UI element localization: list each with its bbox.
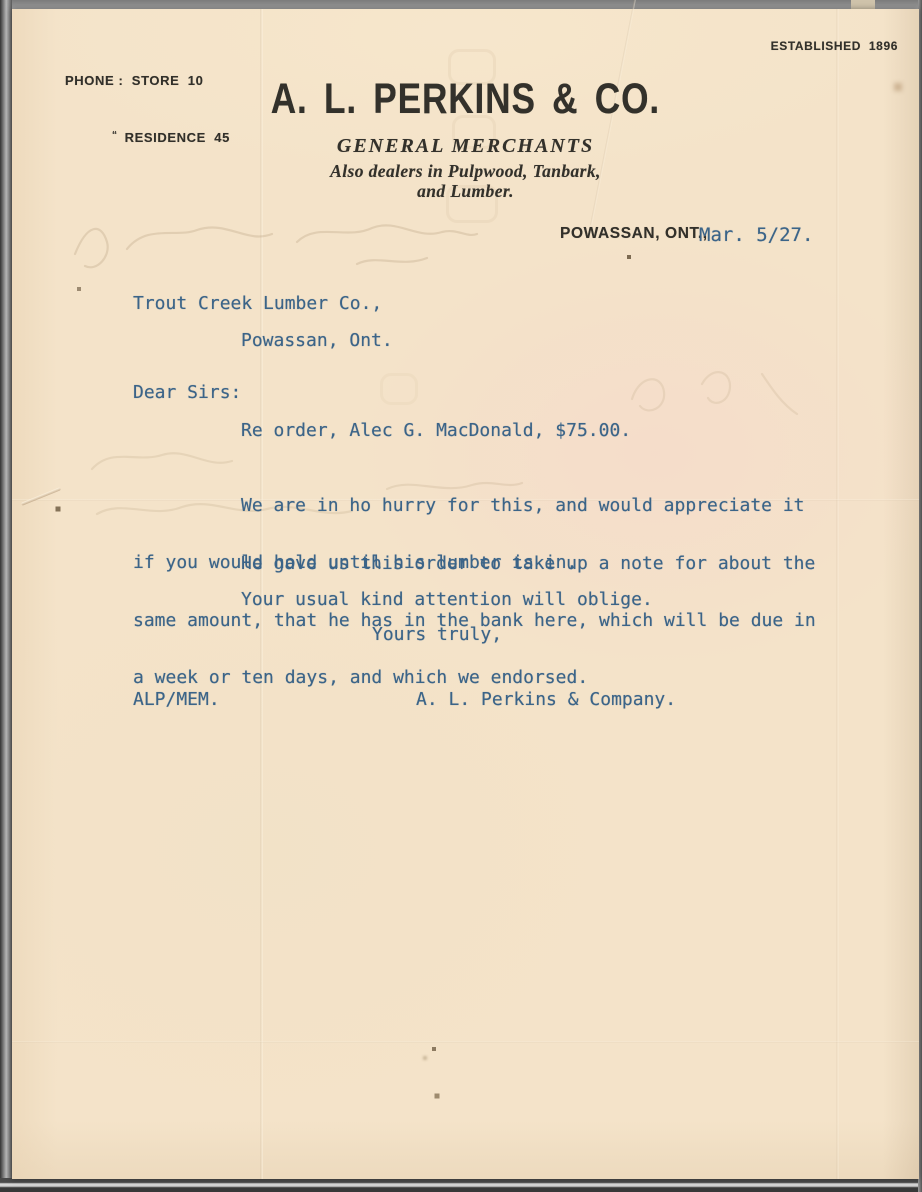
reference-line: Re order, Alec G. MacDonald, $75.00.: [241, 421, 631, 440]
place-line: POWASSAN, ONT.,: [560, 225, 708, 243]
date-typed: Mar. 5/27.: [699, 226, 813, 245]
body-paragraph-3: Your usual kind attention will oblige.: [241, 590, 653, 609]
paper-crack: [21, 487, 61, 506]
scan-bottom-edge: [0, 1178, 922, 1192]
scan-left-edge: [0, 0, 12, 1192]
ghost-handwriting: [57, 194, 487, 299]
paper-sheet: PHONE : STORE 10 “RESIDENCE 45 ESTABLISH…: [12, 9, 919, 1179]
scan-edge-notch: [851, 0, 875, 9]
typist-initials: ALP/MEM.: [133, 690, 220, 709]
company-name: A. L. PERKINS & CO.: [12, 75, 919, 124]
signature: A. L. Perkins & Company.: [416, 690, 676, 709]
body-line: a week or ten days, and which we endorse…: [133, 668, 816, 687]
business-type: GENERAL MERCHANTS: [12, 135, 919, 158]
salutation: Dear Sirs:: [133, 383, 241, 402]
body-line: We are in ho hurry for this, and would a…: [133, 496, 805, 515]
scan-top-edge: [0, 0, 922, 9]
ghost-handwriting: [612, 344, 822, 439]
closing: Yours truly,: [372, 625, 502, 644]
established-note: ESTABLISHED 1896: [771, 39, 898, 53]
dealers-note-line2: and Lumber.: [12, 181, 919, 202]
ink-speck: [12, 9, 14, 11]
body-line: He gave us this order to take up a note …: [133, 554, 816, 573]
embossing-ghost: [380, 373, 418, 405]
recipient-line1: Trout Creek Lumber Co.,: [133, 294, 382, 313]
dealers-note-line1: Also dealers in Pulpwood, Tanbark,: [12, 161, 919, 182]
recipient-line2: Powassan, Ont.: [241, 331, 393, 350]
company-name-text: A. L. PERKINS & CO.: [271, 75, 660, 124]
fold-crease-horizontal: [12, 1041, 919, 1043]
scanned-letter: PHONE : STORE 10 “RESIDENCE 45 ESTABLISH…: [0, 0, 922, 1192]
